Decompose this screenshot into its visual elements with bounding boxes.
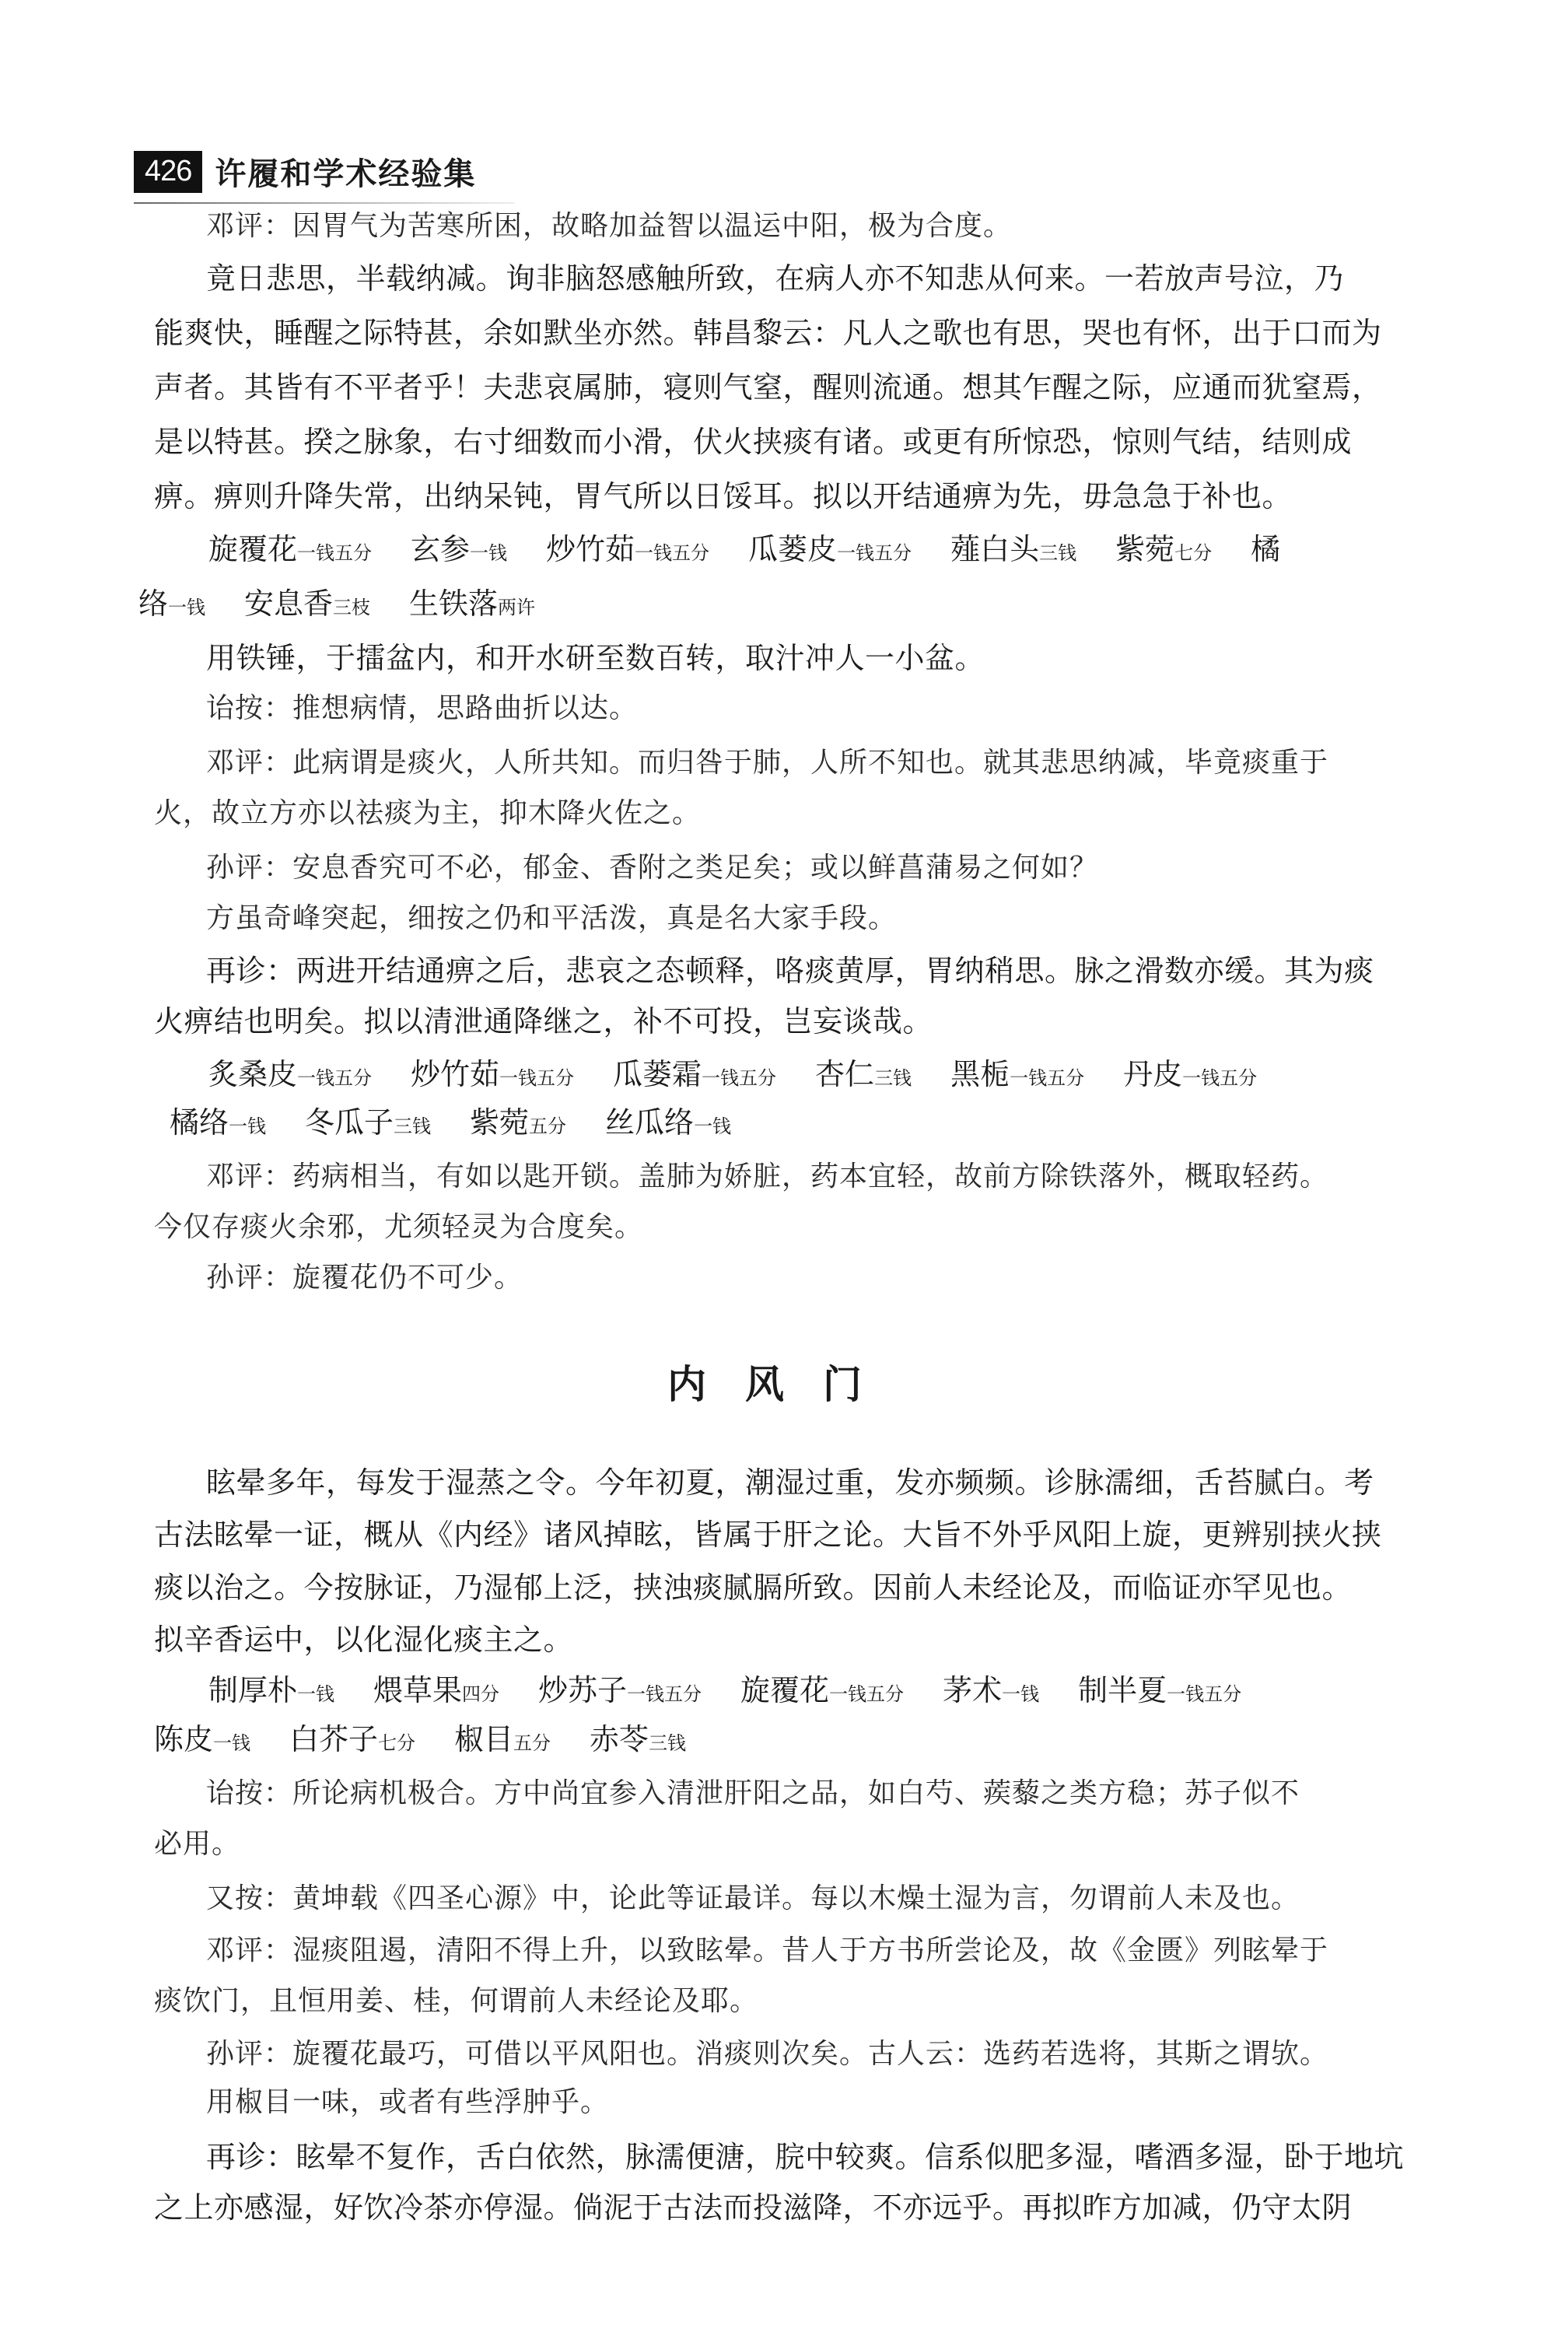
- herb-name: 制半夏: [1078, 1673, 1167, 1707]
- paragraph-line: 能爽快，睡醒之际特甚，余如默坐亦然。韩昌黎云：凡人之歌也有思，哭也有怀，出于口而…: [154, 315, 1568, 351]
- herb-dose: 一钱五分: [297, 542, 372, 564]
- paragraph-line: 用铁锤，于擂盆内，和开水研至数百转，取汁冲人一小盆。: [206, 640, 1568, 676]
- paragraph-line: 眩晕多年，每发于湿蒸之令。今年初夏，潮湿过重，发亦频频。诊脉濡细，舌苔腻白。考: [206, 1465, 1568, 1500]
- paragraph-line: 拟辛香运中，以化湿化痰主之。: [154, 1622, 1568, 1658]
- commentary-line: 用椒目一味，或者有些浮肿乎。: [206, 2085, 1568, 2120]
- herb-dose: 一钱五分: [1167, 1683, 1241, 1705]
- commentary-line: 必用。: [154, 1826, 1568, 1862]
- herb-name: 旋覆花: [208, 532, 297, 566]
- commentary-line: 孙评：旋覆花最巧，可借以平风阳也。消痰则次矣。古人云：选药若选将，其斯之谓欤。: [206, 2036, 1568, 2072]
- commentary-line: 孙评：安息香究可不必，郁金、香附之类足矣；或以鲜菖蒲易之何如？: [206, 850, 1568, 886]
- prescription-row: 陈皮一钱白芥子七分椒目五分赤苓三钱: [154, 1721, 1568, 1761]
- paragraph-line: 痹。痹则升降失常，出纳呆钝，胃气所以日馁耳。拟以开结通痹为先，毋急急于补也。: [154, 478, 1568, 514]
- herb-dose: 三钱: [874, 1067, 912, 1089]
- commentary-line: 邓评：药病相当，有如以匙开锁。盖肺为娇脏，药本宜轻，故前方除铁落外，概取轻药。: [206, 1159, 1568, 1195]
- herb-dose: 三钱: [1039, 542, 1076, 564]
- herb-dose: 一钱: [694, 1115, 731, 1137]
- herb-name: 络: [138, 587, 168, 621]
- commentary-line: 诒按：推想病情，思路曲折以达。: [206, 691, 1568, 727]
- prescription-row: 络一钱安息香三枝生铁落两许: [138, 586, 1568, 625]
- herb-name: 杏仁: [815, 1057, 874, 1091]
- commentary-line: 火，故立方亦以祛痰为主，抑木降火佐之。: [154, 796, 1568, 832]
- herb-name: 陈皮: [154, 1722, 213, 1756]
- herb-name: 茅术: [943, 1673, 1002, 1707]
- herb-name: 冬瓜子: [305, 1105, 394, 1140]
- commentary-line: 方虽奇峰突起，细按之仍和平活泼，真是名大家手段。: [206, 901, 1568, 937]
- prescription-row: 制厚朴一钱煨草果四分炒苏子一钱五分旋覆花一钱五分茅术一钱制半夏一钱五分: [208, 1672, 1568, 1712]
- commentary-line: 邓评：因胃气为苦寒所困，故略加益智以温运中阳，极为合度。: [206, 208, 1568, 244]
- paragraph-line: 声者。其皆有不平者乎！夫悲哀属肺，寝则气窒，醒则流通。想其乍醒之际，应通而犹窒焉…: [154, 369, 1568, 405]
- running-header: 426 许履和学术经验集: [134, 149, 476, 194]
- book-title: 许履和学术经验集: [215, 149, 476, 194]
- herb-dose: 三钱: [394, 1115, 431, 1137]
- section-title: 内风门: [0, 1353, 1568, 1409]
- paragraph-line: 之上亦感湿，好饮冷茶亦停湿。倘泥于古法而投滋降，不亦远乎。再拟昨方加减，仍守太阴: [154, 2190, 1568, 2225]
- herb-name: 椒目: [454, 1722, 513, 1756]
- paragraph-line: 火痹结也明矣。拟以清泄通降继之，补不可投，岂妄谈哉。: [154, 1003, 1568, 1039]
- prescription-row: 旋覆花一钱五分玄参一钱炒竹茹一钱五分瓜蒌皮一钱五分薤白头三钱紫菀七分橘: [208, 531, 1568, 571]
- commentary-line: 诒按：所论病机极合。方中尚宜参入清泄肝阳之品，如白芍、蒺藜之类方稳；苏子似不: [206, 1776, 1568, 1812]
- herb-name: 煨草果: [373, 1673, 462, 1707]
- herb-dose: 一钱五分: [1182, 1067, 1257, 1089]
- commentary-line: 痰饮门，且恒用姜、桂，何谓前人未经论及耶。: [154, 1984, 1568, 2019]
- herb-dose: 一钱五分: [297, 1067, 372, 1089]
- herb-dose: 一钱五分: [829, 1683, 904, 1705]
- herb-dose: 一钱五分: [627, 1683, 702, 1705]
- commentary-line: 邓评：此病谓是痰火，人所共知。而归咎于肺，人所不知也。就其悲思纳减，毕竟痰重于: [206, 745, 1568, 781]
- herb-dose: 一钱五分: [1010, 1067, 1084, 1089]
- herb-name: 炒苏子: [538, 1673, 627, 1707]
- herb-name: 旋覆花: [740, 1673, 829, 1707]
- herb-name: 炙桑皮: [208, 1057, 297, 1091]
- herb-name: 瓜蒌皮: [748, 532, 837, 566]
- herb-dose: 一钱: [168, 597, 205, 618]
- herb-name: 橘: [1251, 532, 1280, 566]
- herb-name: 薤白头: [950, 532, 1039, 566]
- herb-name: 紫菀: [1115, 532, 1174, 566]
- herb-name: 生铁落: [409, 587, 498, 621]
- paragraph-line: 再诊：两进开结通痹之后，悲哀之态顿释，咯痰黄厚，胃纳稍思。脉之滑数亦缓。其为痰: [206, 953, 1568, 989]
- herb-dose: 七分: [378, 1732, 415, 1754]
- prescription-row: 橘络一钱冬瓜子三钱紫菀五分丝瓜络一钱: [170, 1105, 1568, 1144]
- herb-dose: 一钱五分: [499, 1067, 574, 1089]
- paragraph-line: 是以特甚。揆之脉象，右寸细数而小滑，伏火挟痰有诸。或更有所惊恐，惊则气结，结则成: [154, 424, 1568, 460]
- herb-name: 安息香: [244, 587, 333, 621]
- herb-dose: 两许: [498, 597, 535, 618]
- commentary-line: 孙评：旋覆花仍不可少。: [206, 1260, 1568, 1296]
- herb-dose: 五分: [529, 1115, 566, 1137]
- herb-dose: 七分: [1174, 542, 1212, 564]
- commentary-line: 又按：黄坤载《四圣心源》中，论此等证最详。每以木燥土湿为言，勿谓前人未及也。: [206, 1881, 1568, 1917]
- herb-dose: 三枝: [333, 597, 370, 618]
- herb-name: 丝瓜络: [605, 1105, 694, 1140]
- herb-dose: 一钱: [470, 542, 507, 564]
- herb-dose: 一钱五分: [837, 542, 912, 564]
- herb-dose: 五分: [513, 1732, 551, 1754]
- herb-name: 炒竹茹: [411, 1057, 499, 1091]
- page-number: 426: [134, 151, 202, 193]
- herb-name: 丹皮: [1123, 1057, 1182, 1091]
- herb-name: 黑栀: [950, 1057, 1010, 1091]
- herb-name: 炒竹茹: [546, 532, 635, 566]
- herb-dose: 四分: [462, 1683, 499, 1705]
- paragraph-line: 古法眩晕一证，概从《内经》诸风掉眩，皆属于肝之论。大旨不外乎风阳上旋，更辨别挟火…: [154, 1517, 1568, 1553]
- commentary-line: 邓评：湿痰阻遏，清阳不得上升，以致眩晕。昔人于方书所尝论及，故《金匮》列眩晕于: [206, 1933, 1568, 1969]
- prescription-row: 炙桑皮一钱五分炒竹茹一钱五分瓜蒌霜一钱五分杏仁三钱黑栀一钱五分丹皮一钱五分: [208, 1056, 1568, 1096]
- herb-dose: 一钱五分: [635, 542, 709, 564]
- herb-name: 制厚朴: [208, 1673, 297, 1707]
- paragraph-line: 痰以治之。今按脉证，乃湿郁上泛，挟浊痰腻膈所致。因前人未经论及，而临证亦罕见也。: [154, 1570, 1568, 1605]
- herb-name: 紫菀: [470, 1105, 529, 1140]
- herb-name: 瓜蒌霜: [613, 1057, 702, 1091]
- herb-name: 橘络: [170, 1105, 229, 1140]
- paragraph-line: 再诊：眩晕不复作，舌白依然，脉濡便溏，脘中较爽。信系似肥多湿，嗜酒多湿，卧于地坑: [206, 2139, 1568, 2175]
- header-rule: [134, 202, 515, 204]
- herb-dose: 三钱: [649, 1732, 686, 1754]
- herb-dose: 一钱: [297, 1683, 334, 1705]
- herb-dose: 一钱: [1002, 1683, 1039, 1705]
- paragraph-line: 竟日悲思，半载纳减。询非脑怒感触所致，在病人亦不知悲从何来。一若放声号泣，乃: [206, 261, 1568, 296]
- herb-name: 白芥子: [289, 1722, 378, 1756]
- herb-name: 玄参: [411, 532, 470, 566]
- commentary-line: 今仅存痰火余邪，尤须轻灵为合度矣。: [154, 1210, 1568, 1245]
- herb-dose: 一钱五分: [702, 1067, 776, 1089]
- herb-dose: 一钱: [213, 1732, 250, 1754]
- herb-dose: 一钱: [229, 1115, 266, 1137]
- herb-name: 赤苓: [590, 1722, 649, 1756]
